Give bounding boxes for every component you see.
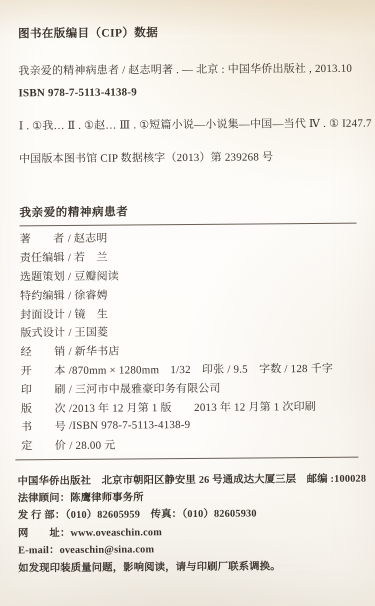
info-label: 版式设计 [20, 324, 68, 340]
cip-lines: 我亲爱的精神病患者 / 赵志明著 . — 北京 : 中国华侨出版社 , 2013… [18, 62, 356, 167]
scanned-page-content: 图书在版编目（CIP）数据 我亲爱的精神病患者 / 赵志明著 . — 北京 : … [0, 0, 375, 606]
info-value: / 镜 生 [68, 305, 108, 321]
info-label: 特约编辑 [20, 287, 68, 303]
info-label: 版 次 [21, 399, 69, 415]
book-title: 我亲爱的精神病患者 [19, 204, 356, 221]
info-value: / 三河市中晟雅豪印务有限公司 [69, 380, 221, 397]
info-value: / 28.00 元 [69, 437, 115, 453]
info-label: 定 价 [21, 437, 69, 453]
cip-data-block: 图书在版编目（CIP）数据 我亲爱的精神病患者 / 赵志明著 . — 北京 : … [0, 25, 374, 167]
cip-line: 中国版本图书馆 CIP 数据核字（2013）第 239268 号 [19, 150, 356, 167]
info-label: 印 刷 [21, 381, 69, 397]
info-label: 选题策划 [20, 268, 68, 284]
info-label: 开 本 [21, 362, 69, 378]
cip-heading: 图书在版编目（CIP）数据 [18, 25, 355, 42]
footer-divider [15, 456, 358, 460]
info-label: 著 者 [20, 230, 68, 246]
info-value: / 新华书店 [69, 343, 120, 359]
footer-line: 中国华侨出版社 北京市朝阳区静安里 26 号通成达大厦三层 邮编 :100028 [18, 470, 367, 490]
cip-line: ISBN 978-7-5113-4138-9 [18, 84, 355, 101]
info-value: / 赵志明 [68, 230, 108, 246]
publisher-contact-block: 中国华侨出版社 北京市朝阳区静安里 26 号通成达大厦三层 邮编 :100028… [2, 470, 375, 577]
info-label: 经 销 [21, 343, 69, 359]
footer-line: 如发现印装质量问题，影响阅读，请与印刷厂联系调换。 [18, 557, 367, 577]
cip-line: 我亲爱的精神病患者 / 赵志明著 . — 北京 : 中国华侨出版社 , 2013… [18, 62, 355, 79]
info-label: 封面设计 [20, 306, 68, 322]
info-value: / 徐睿娉 [68, 286, 108, 302]
colophon-block: 我亲爱的精神病患者 著 者/ 赵志明责任编辑/ 若 兰选题策划/ 豆瓣阅读特约编… [0, 204, 375, 460]
cip-line: Ⅰ . ①我… Ⅱ . ①赵… Ⅲ . ①短篇小说—小说集—中国—当代 Ⅳ . … [19, 117, 356, 134]
publication-info-rows: 著 者/ 赵志明责任编辑/ 若 兰选题策划/ 豆瓣阅读特约编辑/ 徐睿娉封面设计… [20, 227, 359, 455]
info-label: 书 号 [21, 418, 69, 434]
info-value: / 王国菱 [68, 324, 108, 340]
info-value: /ISBN 978-7-5113-4138-9 [69, 419, 190, 432]
info-value: / 若 兰 [68, 249, 108, 265]
info-value: /870mm × 1280mm 1/32 印张 / 9.5 字数 / 128 千… [69, 360, 333, 378]
title-divider [20, 223, 357, 227]
book-copyright-page: 图书在版编目（CIP）数据 我亲爱的精神病患者 / 赵志明著 . — 北京 : … [0, 0, 375, 606]
info-value: / 豆瓣阅读 [68, 268, 119, 284]
info-value: /2013 年 12 月第 1 版 2013 年 12 月第 1 次印刷 [69, 398, 316, 416]
publication-info-row: 定 价/ 28.00 元 [21, 433, 358, 454]
info-label: 责任编辑 [20, 249, 68, 265]
